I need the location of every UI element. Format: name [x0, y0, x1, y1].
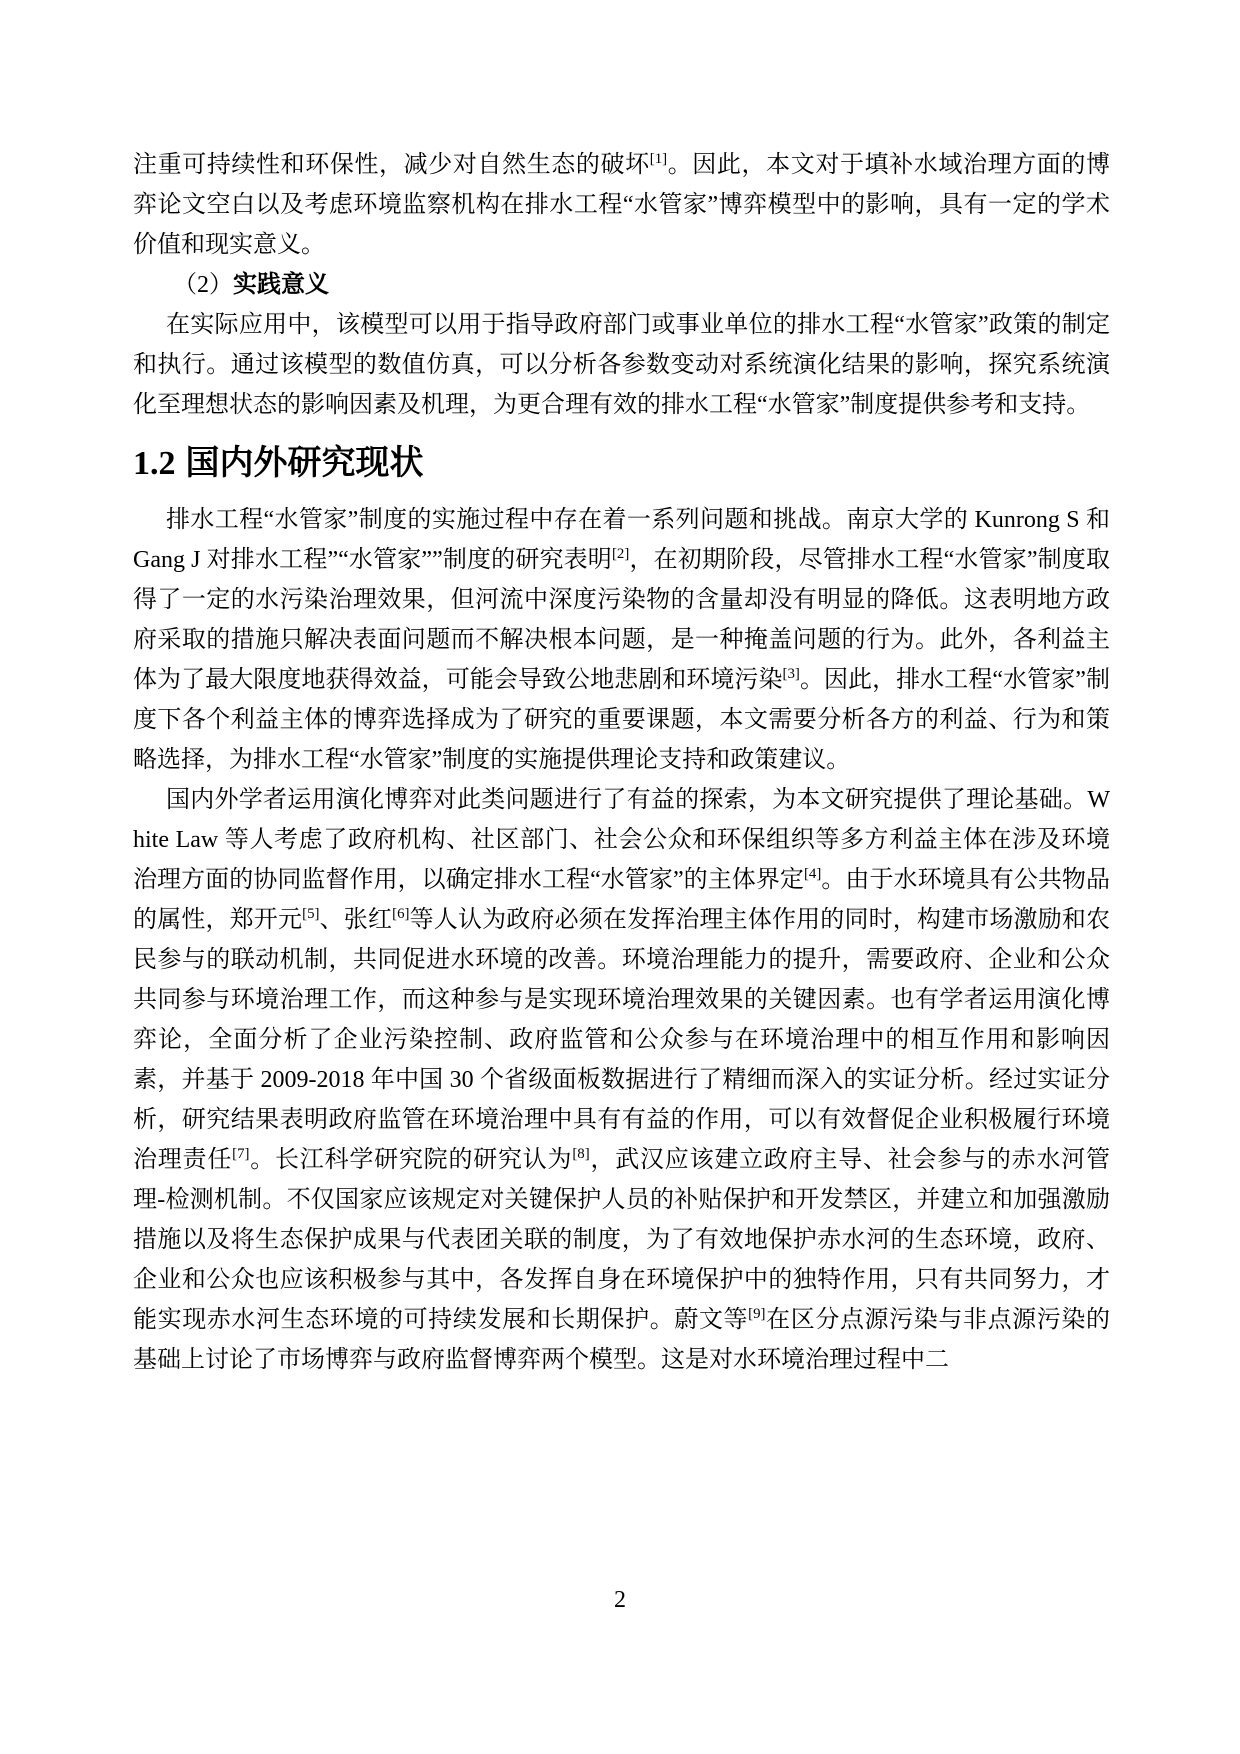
page-number: 2 — [614, 1587, 626, 1613]
paragraph-scholars-research: 国内外学者运用演化博弈对此类问题进行了有益的探索，为本文研究提供了理论基础。Wh… — [133, 780, 1110, 1380]
paragraph-academic-value: 注重可持续性和环保性，减少对自然生态的破坏[1]。因此，本文对于填补水域治理方面… — [133, 145, 1110, 265]
subheading-number: （2） — [173, 272, 233, 298]
section-heading-research-status: 1.2国内外研究现状 — [133, 441, 1110, 486]
section-title: 国内外研究现状 — [186, 444, 424, 482]
paragraph-practical-application: 在实际应用中，该模型可以用于指导政府部门或事业单位的排水工程“水管家”政策的制定… — [133, 305, 1110, 425]
subheading-label: 实践意义 — [233, 271, 329, 298]
paragraph-implementation-problems: 排水工程“水管家”制度的实施过程中存在着一系列问题和挑战。南京大学的 Kunro… — [133, 500, 1110, 780]
document-page: 注重可持续性和环保性，减少对自然生态的破坏[1]。因此，本文对于填补水域治理方面… — [0, 0, 1240, 1754]
section-number: 1.2 — [133, 445, 176, 482]
subheading-practical-significance: （2）实践意义 — [133, 265, 1110, 305]
page-footer: 2 — [0, 1586, 1240, 1614]
